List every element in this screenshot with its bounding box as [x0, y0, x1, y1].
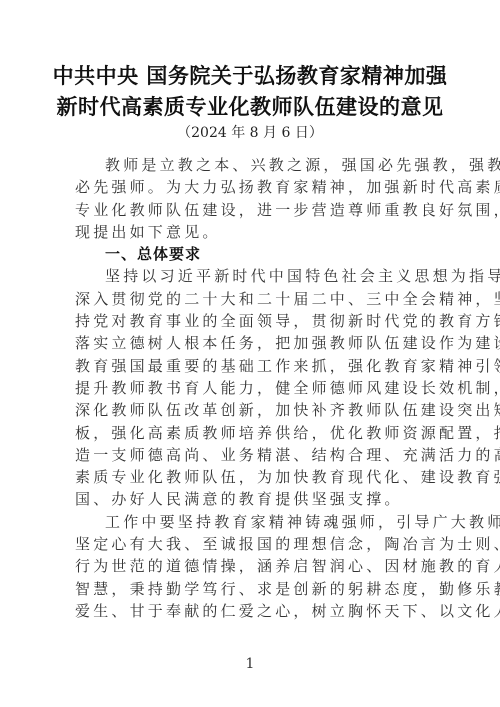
paragraph-line: 持党对教育事业的全面领导，贯彻新时代党的教育方针， — [75, 310, 425, 332]
paragraph-line: 深化教师队伍改革创新，加快补齐教师队伍建设突出短 — [75, 399, 425, 421]
paragraph-line: 板，强化高素质教师培养供给，优化教师资源配置，打 — [75, 422, 425, 444]
paragraph-line: 国、办好人民满意的教育提供坚强支撑。 — [75, 488, 425, 510]
paragraph-line: 教育强国最重要的基础工作来抓，强化教育家精神引领， — [75, 355, 425, 377]
paragraph-line: 爱生、甘于奉献的仁爱之心，树立胸怀天下、以文化人 — [75, 600, 425, 622]
section-heading: 一、总体要求 — [75, 243, 425, 265]
document-date: （2024 年 8 月 6 日） — [0, 122, 500, 142]
paragraph-line: 智慧，秉持勤学笃行、求是创新的躬耕态度，勤修乐教 — [75, 578, 425, 600]
paragraph-line: 落实立德树人根本任务，把加强教师队伍建设作为建设 — [75, 332, 425, 354]
paragraph-line: 专业化教师队伍建设，进一步营造尊师重教良好氛围， — [75, 199, 425, 221]
paragraph-line: 坚定心有大我、至诚报国的理想信念，陶冶言为士则、 — [75, 533, 425, 555]
page-number: 1 — [0, 656, 500, 672]
paragraph-line: 必先强师。为大力弘扬教育家精神，加强新时代高素质 — [75, 176, 425, 198]
paragraph-line: 提升教师教书育人能力，健全师德师风建设长效机制， — [75, 377, 425, 399]
document-title-line-2: 新时代高素质专业化教师队伍建设的意见 — [0, 91, 500, 121]
paragraph-line: 现提出如下意见。 — [75, 221, 425, 243]
document-page: 中共中央 国务院关于弘扬教育家精神加强 新时代高素质专业化教师队伍建设的意见 （… — [0, 0, 500, 707]
document-body: 教师是立教之本、兴教之源，强国必先强教，强教 必先强师。为大力弘扬教育家精神，加… — [75, 154, 425, 622]
document-title-line-1: 中共中央 国务院关于弘扬教育家精神加强 — [0, 60, 500, 90]
paragraph-line: 素质专业化教师队伍，为加快教育现代化、建设教育强 — [75, 466, 425, 488]
paragraph-line: 深入贯彻党的二十大和二十届二中、三中全会精神，坚 — [75, 288, 425, 310]
paragraph-line: 教师是立教之本、兴教之源，强国必先强教，强教 — [75, 154, 425, 176]
paragraph-line: 造一支师德高尚、业务精湛、结构合理、充满活力的高 — [75, 444, 425, 466]
paragraph-line: 坚持以习近平新时代中国特色社会主义思想为指导， — [75, 265, 425, 287]
paragraph-line: 行为世范的道德情操，涵养启智润心、因材施教的育人 — [75, 555, 425, 577]
paragraph-line: 工作中要坚持教育家精神铸魂强师，引导广大教师 — [75, 511, 425, 533]
